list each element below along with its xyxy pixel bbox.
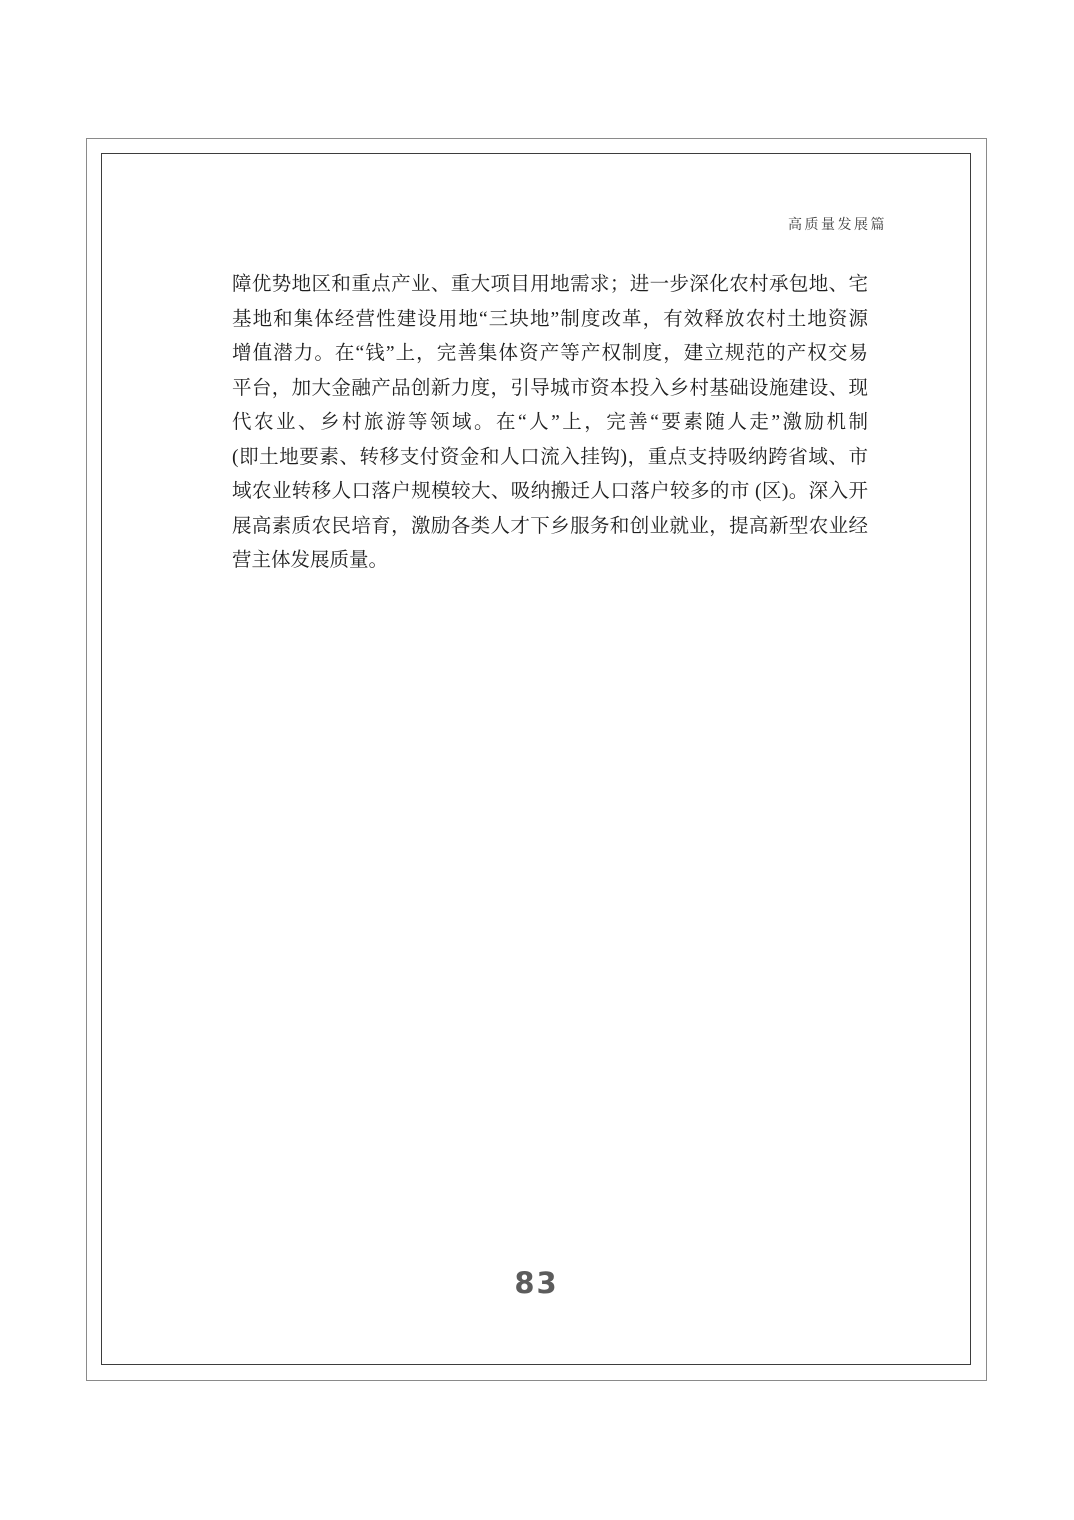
paragraph-line: 增值潜力。在“钱”上，完善集体资产等产权制度，建立规范的产权交易: [232, 337, 868, 372]
running-head: 高质量发展篇: [232, 214, 887, 234]
paragraph-line: 障优势地区和重点产业、重大项目用地需求；进一步深化农村承包地、宅: [232, 268, 868, 303]
paragraph-line: 平台，加大金融产品创新力度，引导城市资本投入乡村基础设施建设、现: [232, 372, 868, 407]
page-number: 83: [101, 1266, 972, 1300]
paragraph-line: 代农业、乡村旅游等领域。在“人”上，完善“要素随人走”激励机制: [232, 406, 868, 441]
paragraph-line: 基地和集体经营性建设用地“三块地”制度改革，有效释放农村土地资源: [232, 303, 868, 338]
paragraph-line: 域农业转移人口落户规模较大、吸纳搬迁人口落户较多的市 (区)。深入开: [232, 475, 868, 510]
body-paragraph: 障优势地区和重点产业、重大项目用地需求；进一步深化农村承包地、宅 基地和集体经营…: [232, 268, 868, 579]
paragraph-line: 展高素质农民培育，激励各类人才下乡服务和创业就业，提高新型农业经: [232, 510, 868, 545]
document-page: 高质量发展篇 障优势地区和重点产业、重大项目用地需求；进一步深化农村承包地、宅 …: [0, 0, 1074, 1520]
paragraph-line: (即土地要素、转移支付资金和人口流入挂钩)，重点支持吸纳跨省域、市: [232, 441, 868, 476]
paragraph-line: 营主体发展质量。: [232, 544, 868, 579]
